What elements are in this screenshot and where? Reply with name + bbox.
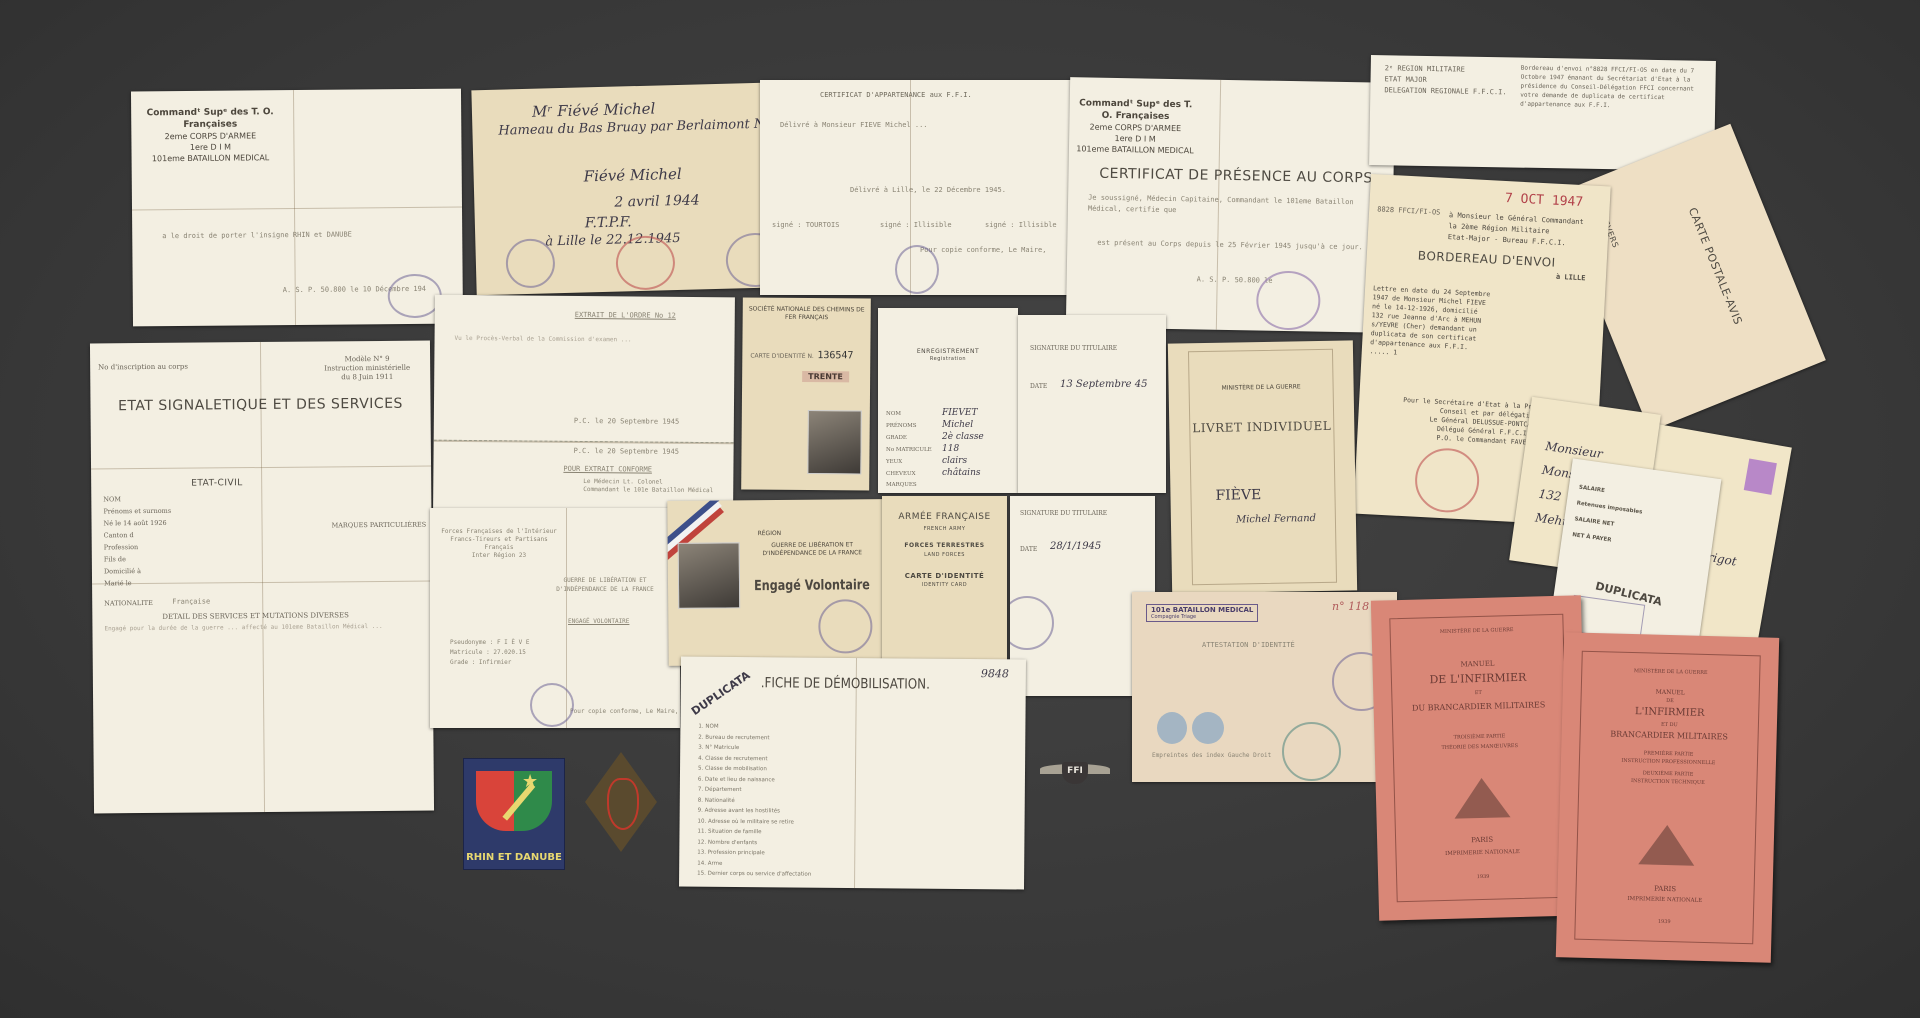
subtitle: ENGAGÉ VOLONTAIRE [568,616,629,627]
group: F.T.P.F. [585,214,632,231]
doc-title: .FICHE DE DÉMOBILISATION. [761,675,930,692]
signature-1: signé : TOURTOIS [772,220,839,231]
reg-field: NOMFIEVET [886,408,1014,420]
doc-title: BORDEREAU D'ENVOI [1377,246,1597,271]
region: RÉGION [758,528,782,539]
form-row: 3. N° Matricule [698,743,812,754]
branch: FORCES TERRESTRES [882,542,1007,549]
issued-line: Délivré à Lille, le 22 Décembre 1945. [850,185,1006,196]
header: 2ᵉ REGION MILITAIRE ETAT MAJOR DELEGATIO… [1384,63,1507,98]
badge-label: FFI [1062,762,1088,784]
service-details: Engagé pour la durée de la guerre ... af… [104,623,414,634]
signature-2: signé : Illisible [880,220,952,231]
ink-stamp [818,599,872,653]
doc-title: ATTESTATION D'IDENTITÉ [1202,640,1295,651]
firstname: Michel Fernand [1236,513,1316,525]
surname: FIÈVE [1215,487,1261,504]
postage-stamp [1744,458,1777,494]
id-photo [678,542,741,609]
signature-block: Le Médecin Lt. Colonel Commandant le 101… [583,478,713,495]
red-stamp [1413,447,1480,514]
card-title: CARTE POSTALE-AVIS [1686,206,1745,327]
marks-label: MARQUES PARTICULIÈRES [332,521,427,530]
fingerprint-left [1157,712,1187,744]
form-field: Marié le [104,576,284,590]
armee-francaise-card: ARMÉE FRANÇAISE FRENCH ARMY FORCES TERRE… [882,496,1007,666]
footer: Pour copie conforme, Le Maire, [570,706,678,717]
certificat-ffi: CERTIFICAT D'APPARTENANCE aux F.F.I. Dél… [760,80,1080,295]
card-title: Engagé Volontaire [754,577,870,594]
date-label: DATE [1020,546,1037,553]
battalion-stamp: 101e BATAILLON MEDICAL Compagnie Triage [1146,604,1258,622]
reg-subtitle: Registration [878,356,1018,362]
form-row: 1. NOM [698,722,812,733]
extrait-ordre: EXTRAIT DE L'ORDRE No 12 Vu le Procès-Ve… [433,295,735,513]
ref: 8828 FFCI/FI-OS [1377,204,1441,218]
laurel-icon [607,778,639,830]
footer: Pour copie conforme, Le Maire, [920,245,1046,256]
form-rows: 1. NOM2. Bureau de recrutement3. N° Matr… [697,722,812,880]
rhin-danube-patch: ★ RHIN ET DANUBE [463,758,565,870]
diamond-patch [585,752,657,852]
ink-stamp [895,245,939,294]
header: Commandᵗ Supᵉ des T. O. Françaises 2eme … [1075,97,1196,156]
ink-stamp [1010,596,1054,650]
model-ref: Modèle N° 9 Instruction ministérielle du… [324,355,410,383]
date-value: 28/1/1945 [1050,541,1101,552]
form-row: 15. Dernier corps ou service d'affectati… [697,869,811,880]
card-title: ARMÉE FRANÇAISE [882,512,1007,522]
title: GUERRE DE LIBÉRATION ET D'INDÉPENDANCE D… [540,576,670,594]
footer: POUR EXTRAIT CONFORME [563,464,652,476]
header: Commandᵗ Supᵉ des T. O. Françaises 2eme … [145,106,275,164]
ffi-badge: FFI [1040,760,1110,786]
fiche-number: 9848 [981,667,1009,680]
civil-fields: NOMPrénoms et surnomsNé le 14 août 1926C… [103,492,284,590]
handwritten-certificate: Mʳ Fiévé Michel Hameau du Bas Bruay par … [471,82,806,296]
signature-3: signé : Illisible [985,220,1057,231]
etat-signaletique: No d'inscription au corps Modèle N° 9 In… [90,341,434,814]
ffi-field: Grade : Infirmier [450,658,529,668]
nationality-label: NATIONALITE [104,599,153,607]
ffi-field: Matricule : 27.020.15 [450,648,529,658]
reg-field: MARQUES DISTINCTIVES [886,480,1014,493]
fold [854,658,857,888]
name: Fiévé Michel [583,165,682,186]
fiche-demobilisation: DUPLICATA .FICHE DE DÉMOBILISATION. 9848… [679,656,1026,889]
card-label: CARTE D'IDENTITÉ [882,572,1007,580]
ink-stamp [530,683,574,727]
fields: Pseudonyme : F I È V EMatricule : 27.020… [450,638,529,668]
ink-stamp [505,238,555,288]
date-stamp: 7 OCT 1947 [1505,191,1584,210]
signature-label: SIGNATURE DU TITULAIRE [1030,345,1117,352]
fingerprint-right [1192,712,1224,744]
red-stamp [615,235,675,291]
id-photo [807,410,862,474]
form-row: 5. Classe de mobilisation [698,764,812,775]
doc-number: n° 118 [1332,600,1369,613]
manual-infirmier-1: MINISTÈRE DE LA GUERRE MANUEL DE L'INFIR… [1371,595,1589,920]
recipient-name: Mʳ Fiévé Michel [532,100,656,121]
liberation-card: RÉGION GUERRE DE LIBÉRATION ET D'INDÉPEN… [667,499,883,666]
section-title: DETAIL DES SERVICES ET MUTATIONS DIVERSE… [162,611,349,621]
header: SOCIÉTÉ NATIONALE DES CHEMINS DE FER FRA… [747,305,867,322]
statue-engraving [1638,824,1695,865]
line: GUERRE DE LIBÉRATION ET D'INDÉPENDANCE D… [750,541,875,558]
salary-rows: SALAIRERetenues imposablesSALAIRE NETNET… [1571,480,1645,553]
fold [132,207,462,211]
letter-text: Bordereau d'envoi n°8828 FFCI/FI-OS en d… [1520,64,1706,112]
form-row: 11. Situation de famille [697,827,811,838]
manual-infirmier-2: MINISTÈRE DE LA GUERRE MANUEL DE L'INFIR… [1556,632,1779,963]
card-label-en: IDENTITY CARD [882,582,1007,588]
certificat-presence: Commandᵗ Supᵉ des T. O. Françaises 2eme … [1066,77,1395,333]
nationality-value: Française [172,596,210,607]
form-row: 9. Adresse avant les hostilités [698,806,812,817]
recipient: à Monsieur le Général Commandant la 2ème… [1448,210,1584,250]
carte-sncf: SOCIÉTÉ NATIONALE DES CHEMINS DE FER FRA… [741,297,871,490]
card-label: CARTE D'IDENTITÉ N. [750,353,814,361]
reg-field: No MATRICULE118 [886,444,1014,456]
corner-label: No d'inscription au corps [98,363,188,373]
reg-fields: NOMFIEVETPRÉNOMSMichelGRADE2è classeNo M… [886,408,1014,493]
registration-card-back: SIGNATURE DU TITULAIRE DATE 13 Septembre… [1018,315,1166,493]
body: Vu le Procès-Verbal de la Commission d'e… [455,335,725,345]
form-row: 13. Profession principale [697,848,811,859]
card-title-en: FRENCH ARMY [882,526,1007,532]
fingerprint-label: Empreintes des index Gauche Droit [1152,750,1271,761]
signature-label: SIGNATURE DU TITULAIRE [1020,510,1107,517]
duplicata-stamp: DUPLICATA [689,669,753,718]
body-line-2: est présent au Corps depuis le 25 Févrie… [1097,238,1377,254]
date-2: P.C. le 20 Septembre 1945 [574,446,679,458]
reg-field: GRADE2è classe [886,432,1014,444]
green-stamp [1282,722,1341,781]
doc-title: CERTIFICAT D'APPARTENANCE aux F.F.I. [820,90,972,101]
reg-title: ENREGISTREMENT [878,348,1018,355]
header: Forces Françaises de l'Intérieur Francs-… [434,528,564,560]
attestation-101: 101e BATAILLON MEDICAL Compagnie Triage … [1132,592,1397,782]
reg-field: YEUXclairs [886,456,1014,468]
date: 2 avril 1944 [614,192,700,210]
registration-card: ENREGISTREMENT Registration NOMFIEVETPRÉ… [878,308,1018,493]
fold [434,440,734,445]
section-title: ETAT-CIVIL [191,478,243,488]
body-line-1: Je soussigné, Médecin Capitaine, Command… [1088,193,1378,220]
shield-left [476,771,514,831]
ffi-field: Pseudonyme : F I È V E [450,638,529,648]
patch-label: RHIN ET DANUBE [464,852,564,863]
date-1: P.C. le 20 Septembre 1945 [574,416,679,428]
purple-stamp [1256,270,1321,330]
card-number: 136547 [817,350,853,361]
livret-individuel: MINISTÈRE DE LA GUERRE LIVRET INDIVIDUEL… [1168,340,1357,593]
reg-field: PRÉNOMSMichel [886,420,1014,432]
attestation-rhin-danube: Commandᵗ Supᵉ des T. O. Françaises 2eme … [131,89,463,327]
ffi-enrolment: Forces Françaises de l'Intérieur Francs-… [430,508,680,728]
city: à LILLE [1556,272,1586,285]
statue-engraving [1454,777,1511,818]
date-label: DATE [1030,383,1047,390]
branch-en: LAND FORCES [882,552,1007,558]
reg-field: CHEVEUXchâtains [886,468,1014,480]
body: Lettre en date du 24 Septembre 1947 de M… [1370,284,1494,362]
body-line: a le droit de porter l'insigne RHIN et D… [162,229,452,243]
doc-title: ETAT SIGNALETIQUE ET DES SERVICES [100,396,420,415]
doc-title: EXTRAIT DE L'ORDRE No 12 [575,310,676,322]
form-row: 7. Département [698,785,812,796]
date-value: 13 Septembre 45 [1060,379,1148,390]
doc-title: CERTIFICAT DE PRÉSENCE AU CORPS [1088,166,1383,187]
reduction-badge: TRENTE [802,371,849,382]
